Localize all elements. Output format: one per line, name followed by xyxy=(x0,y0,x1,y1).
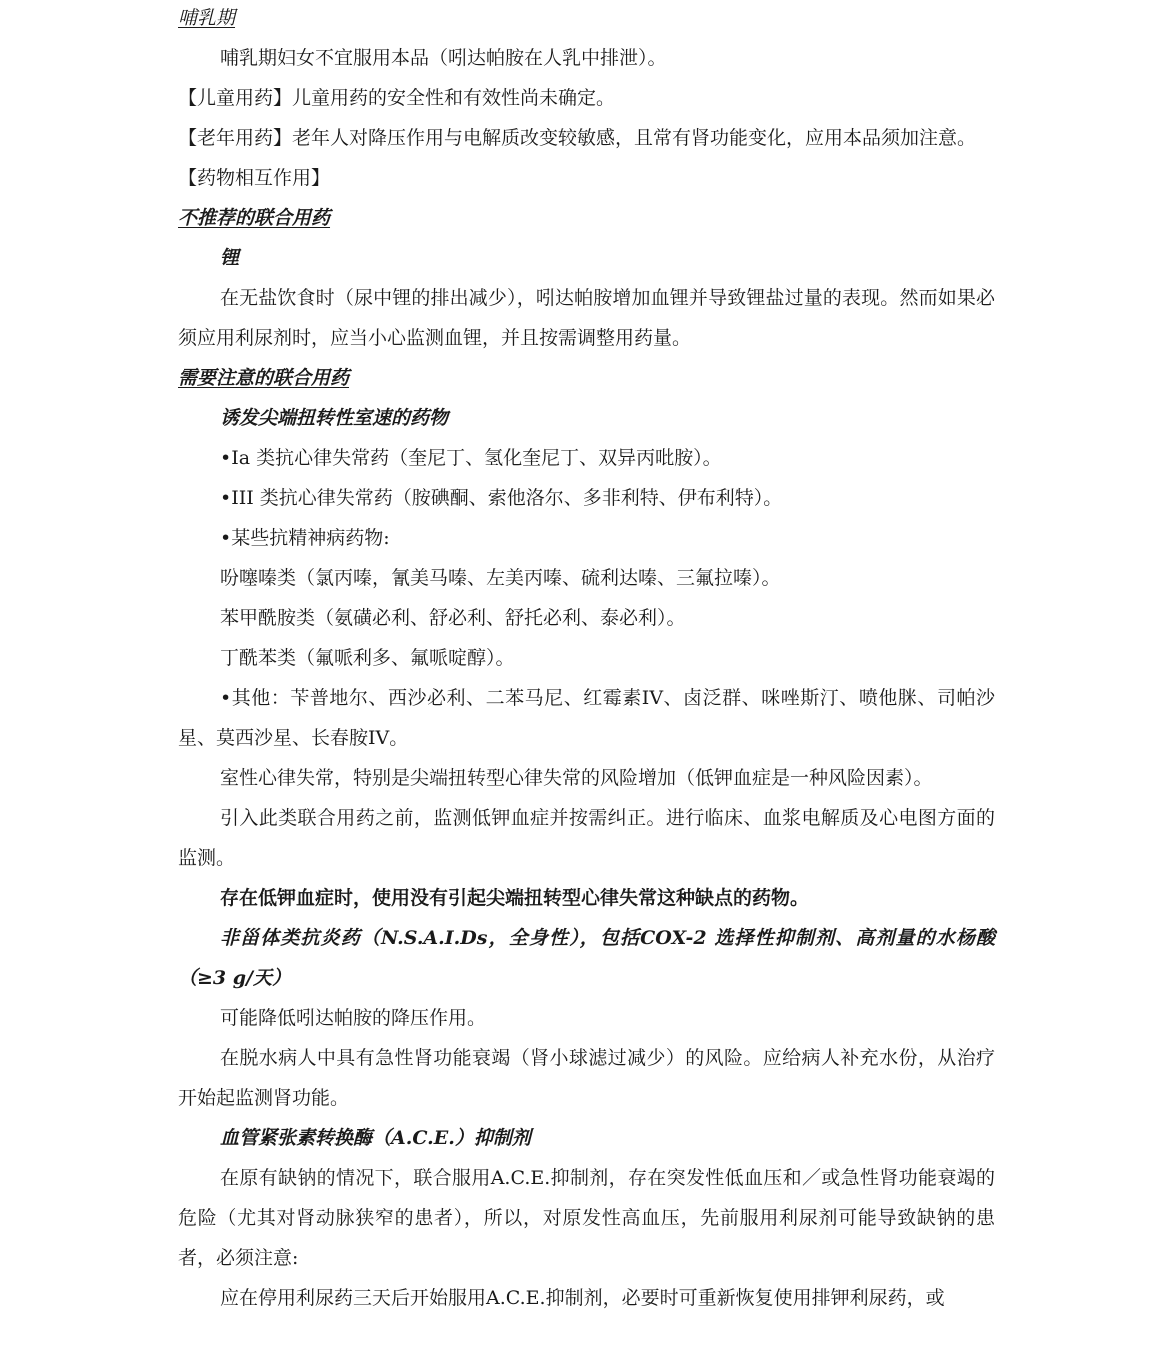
paragraph-pediatric: 【儿童用药】儿童用药的安全性和有效性尚未确定。 xyxy=(178,78,995,118)
document-page: 哺乳期 哺乳期妇女不宜服用本品（吲达帕胺在人乳中排泄）。 【儿童用药】儿童用药的… xyxy=(178,0,995,1318)
section-heading-lactation: 哺乳期 xyxy=(178,0,995,38)
list-item: •Ia 类抗心律失常药（奎尼丁、氢化奎尼丁、双异丙吡胺）。 xyxy=(178,438,995,478)
list-item: 丁酰苯类（氟哌利多、氟哌啶醇）。 xyxy=(178,638,995,678)
list-item: •某些抗精神病药物: xyxy=(178,518,995,558)
paragraph-others: •其他：苄普地尔、西沙必利、二苯马尼、红霉素IV、卤泛群、咪唑斯汀、喷他脒、司帕… xyxy=(178,678,995,758)
paragraph-lithium: 在无盐饮食时（尿中锂的排出减少），吲达帕胺增加血锂并导致锂盐过量的表现。然而如果… xyxy=(178,278,995,358)
paragraph-risk: 室性心律失常，特别是尖端扭转型心律失常的风险增加（低钾血症是一种风险因素）。 xyxy=(178,758,995,798)
paragraph-ace-1: 在原有缺钠的情况下，联合服用A.C.E.抑制剂，存在突发性低血压和／或急性肾功能… xyxy=(178,1158,995,1278)
paragraph-nsaids-1: 可能降低吲达帕胺的降压作用。 xyxy=(178,998,995,1038)
list-item: 苯甲酰胺类（氨磺必利、舒必利、舒托必利、泰必利）。 xyxy=(178,598,995,638)
paragraph-geriatric: 【老年用药】老年人对降压作用与电解质改变较敏感，且常有肾功能变化，应用本品须加注… xyxy=(178,118,995,158)
paragraph-nsaids-2: 在脱水病人中具有急性肾功能衰竭（肾小球滤过减少）的风险。应给病人补充水份，从治疗… xyxy=(178,1038,995,1118)
paragraph-lactation: 哺乳期妇女不宜服用本品（吲达帕胺在人乳中排泄）。 xyxy=(178,38,995,78)
subheading-torsades: 诱发尖端扭转性室速的药物 xyxy=(178,398,995,438)
section-heading-caution: 需要注意的联合用药 xyxy=(178,358,995,398)
section-heading-not-recommended: 不推荐的联合用药 xyxy=(178,198,995,238)
list-item: •III 类抗心律失常药（胺碘酮、索他洛尔、多非利特、伊布利特）。 xyxy=(178,478,995,518)
subheading-ace: 血管紧张素转换酶（A.C.E.）抑制剂 xyxy=(178,1118,995,1158)
paragraph-ace-2: 应在停用利尿药三天后开始服用A.C.E.抑制剂，必要时可重新恢复使用排钾利尿药，… xyxy=(178,1278,995,1318)
paragraph-bold-warning: 存在低钾血症时，使用没有引起尖端扭转型心律失常这种缺点的药物。 xyxy=(178,878,995,918)
subheading-lithium: 锂 xyxy=(178,238,995,278)
section-heading-interactions: 【药物相互作用】 xyxy=(178,158,995,198)
list-item: 吩噻嗪类（氯丙嗪，氰美马嗪、左美丙嗪、硫利达嗪、三氟拉嗪）。 xyxy=(178,558,995,598)
subheading-nsaids: 非甾体类抗炎药（N.S.A.I.Ds，全身性），包括COX-2 选择性抑制剂、高… xyxy=(178,918,995,998)
paragraph-monitor: 引入此类联合用药之前，监测低钾血症并按需纠正。进行临床、血浆电解质及心电图方面的… xyxy=(178,798,995,878)
